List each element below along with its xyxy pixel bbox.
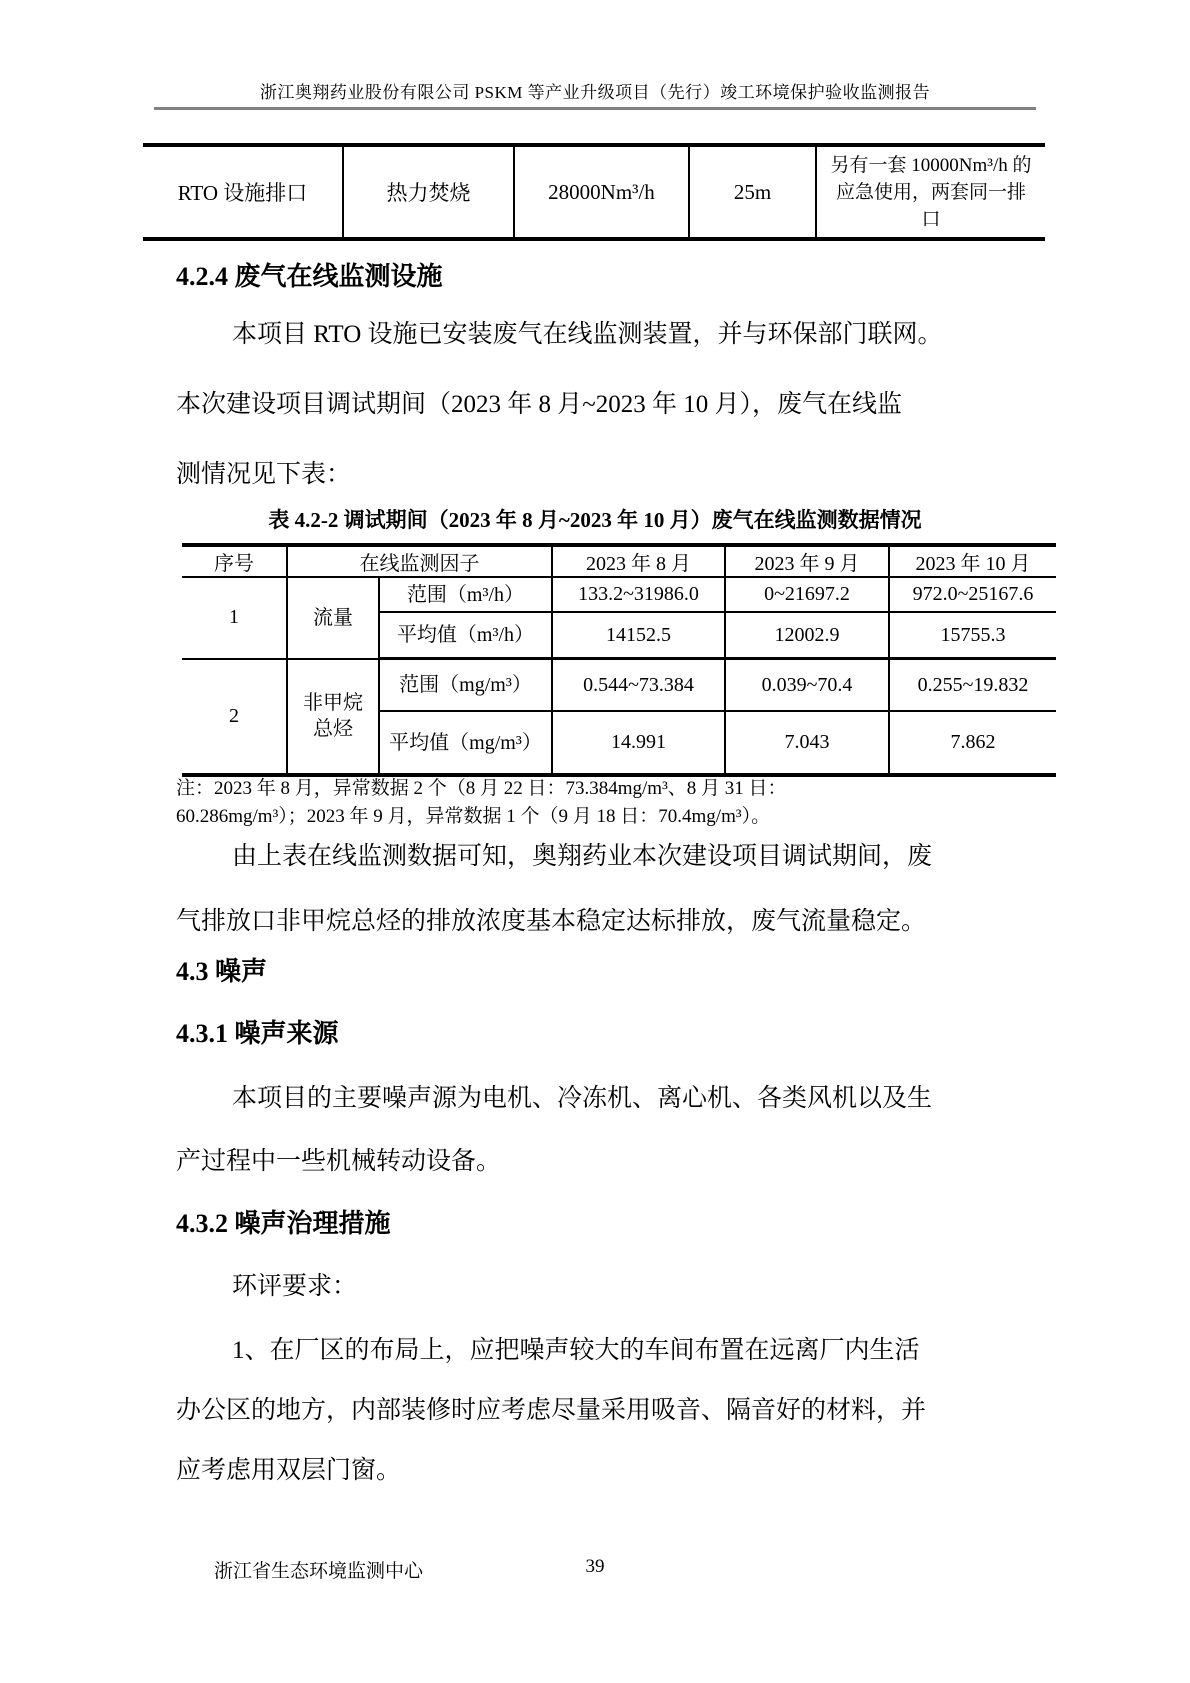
paragraph-line: 1、在厂区的布局上，应把噪声较大的车间布置在远离厂内生活 xyxy=(176,1330,920,1366)
table-note-line: 注：2023 年 8 月，异常数据 2 个（8 月 22 日：73.384mg/… xyxy=(176,773,787,800)
cell-flow: 28000Nm³/h xyxy=(514,145,689,239)
document-page: 浙江奥翔药业股份有限公司 PSKM 等产业升级项目（先行）竣工环境保护验收监测报… xyxy=(0,0,1190,1683)
cell-treatment: 热力焚烧 xyxy=(343,145,514,239)
heading-4-3-2: 4.3.2 噪声治理措施 xyxy=(176,1203,391,1240)
footer-page-number: 39 xyxy=(0,1556,1190,1578)
cell-value: 12002.9 xyxy=(725,612,889,659)
cell-factor: 流量 xyxy=(287,577,379,659)
cell-value: 14152.5 xyxy=(552,612,725,659)
running-header-title: 浙江奥翔药业股份有限公司 PSKM 等产业升级项目（先行）竣工环境保护验收监测报… xyxy=(0,78,1190,103)
cell-value: 972.0~25167.6 xyxy=(889,577,1056,612)
cell-outlet-name: RTO 设施排口 xyxy=(143,145,343,239)
cell-metric-label: 范围（mg/m³） xyxy=(379,659,552,712)
cell-height: 25m xyxy=(689,145,816,239)
table-note-line: 60.286mg/m³）；2023 年 9 月，异常数据 1 个（9 月 18 … xyxy=(176,801,770,828)
cell-seq: 2 xyxy=(182,659,287,776)
cell-value: 0.255~19.832 xyxy=(889,659,1056,712)
paragraph-line: 产过程中一些机械转动设备。 xyxy=(176,1141,501,1177)
cell-metric-label: 平均值（mg/m³） xyxy=(379,711,552,775)
cell-metric-label: 平均值（m³/h） xyxy=(379,612,552,659)
monitoring-data-table: 序号 在线监测因子 2023 年 8 月 2023 年 9 月 2023 年 1… xyxy=(182,543,1056,777)
cell-value: 0.039~70.4 xyxy=(725,659,889,712)
previous-page-table-fragment: RTO 设施排口 热力焚烧 28000Nm³/h 25m 另有一套 10000N… xyxy=(143,143,1045,241)
heading-4-2-4: 4.2.4 废气在线监测设施 xyxy=(176,256,443,293)
paragraph-line: 气排放口非甲烷总烃的排放浓度基本稳定达标排放，废气流量稳定。 xyxy=(176,901,926,937)
cell-remark: 另有一套 10000Nm³/h 的应急使用，两套同一排口 xyxy=(816,145,1045,239)
paragraph-line: 本次建设项目调试期间（2023 年 8 月~2023 年 10 月），废气在线监 xyxy=(176,384,902,420)
heading-4-3-1: 4.3.1 噪声来源 xyxy=(176,1013,339,1050)
cell-value: 0.544~73.384 xyxy=(552,659,725,712)
table-row: RTO 设施排口 热力焚烧 28000Nm³/h 25m 另有一套 10000N… xyxy=(143,145,1045,239)
cell-value: 0~21697.2 xyxy=(725,577,889,612)
col-header-aug: 2023 年 8 月 xyxy=(552,545,725,577)
cell-value: 7.043 xyxy=(725,711,889,775)
table-caption: 表 4.2-2 调试期间（2023 年 8 月~2023 年 10 月）废气在线… xyxy=(170,504,1020,534)
col-header-sep: 2023 年 9 月 xyxy=(725,545,889,577)
col-header-seq: 序号 xyxy=(182,545,287,577)
paragraph-line: 由上表在线监测数据可知，奥翔药业本次建设项目调试期间，废 xyxy=(176,836,932,872)
cell-value: 7.862 xyxy=(889,711,1056,775)
cell-metric-label: 范围（m³/h） xyxy=(379,577,552,612)
cell-value: 15755.3 xyxy=(889,612,1056,659)
col-header-factor: 在线监测因子 xyxy=(287,545,552,577)
paragraph-line: 本项目的主要噪声源为电机、冷冻机、离心机、各类风机以及生 xyxy=(176,1078,932,1114)
table-header-row: 序号 在线监测因子 2023 年 8 月 2023 年 9 月 2023 年 1… xyxy=(182,545,1056,577)
paragraph-line: 环评要求： xyxy=(176,1266,357,1302)
paragraph-line: 本项目 RTO 设施已安装废气在线监测装置，并与环保部门联网。 xyxy=(176,314,943,350)
cell-value: 14.991 xyxy=(552,711,725,775)
cell-seq: 1 xyxy=(182,577,287,659)
cell-value: 133.2~31986.0 xyxy=(552,577,725,612)
table-row: 2 非甲烷总烃 范围（mg/m³） 0.544~73.384 0.039~70.… xyxy=(182,659,1056,712)
table-row: 1 流量 范围（m³/h） 133.2~31986.0 0~21697.2 97… xyxy=(182,577,1056,612)
heading-4-3: 4.3 噪声 xyxy=(176,951,267,988)
paragraph-line: 办公区的地方，内部装修时应考虑尽量采用吸音、隔音好的材料，并 xyxy=(176,1390,926,1426)
header-rule xyxy=(154,107,1036,110)
col-header-oct: 2023 年 10 月 xyxy=(889,545,1056,577)
cell-factor: 非甲烷总烃 xyxy=(287,659,379,776)
paragraph-line: 测情况见下表： xyxy=(176,454,351,490)
paragraph-line: 应考虑用双层门窗。 xyxy=(176,1450,401,1486)
